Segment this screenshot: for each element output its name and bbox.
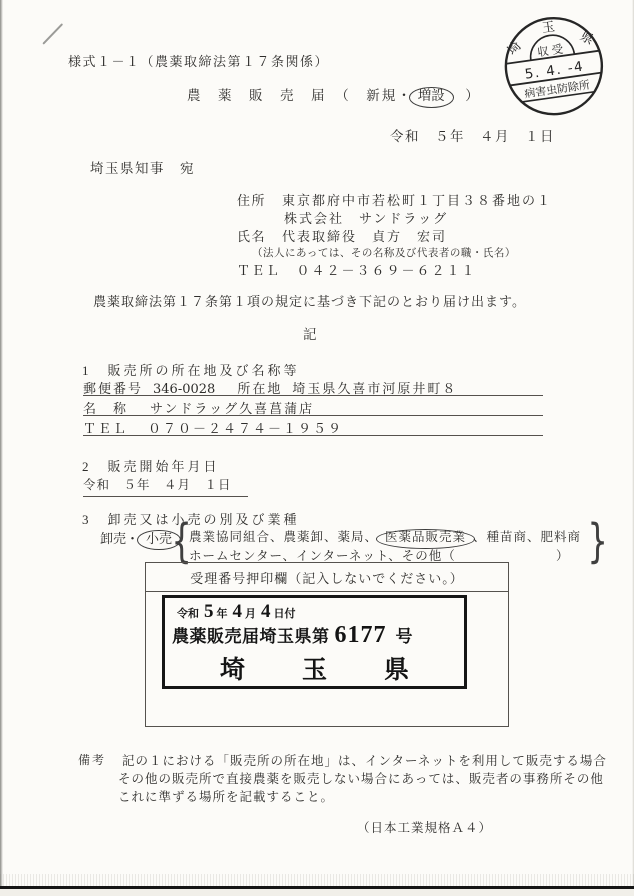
stamp-year: 5 bbox=[204, 601, 214, 623]
title-main: 農 薬 販 売 届 bbox=[187, 88, 327, 103]
pencil-check-mark bbox=[42, 23, 63, 45]
applicant-address-line: 住所東京都府中市若松町１丁目３８番地の１ bbox=[237, 190, 552, 209]
name-label: 氏名 bbox=[237, 229, 266, 244]
shop-tel-row: ＴＥＬ０７０－２４７４－１９５９ bbox=[83, 418, 543, 436]
seal-pref-char-top: 玉 bbox=[541, 19, 556, 36]
applicant-name-line: 氏名代表取締役 貞方 宏司 bbox=[237, 226, 447, 245]
section1-heading: 1 販売所の所在地及び名称等 bbox=[82, 360, 300, 379]
prefecture-receipt-seal: 埼 玉 県 収受 5. 4. -4 病害虫防除所 bbox=[491, 5, 619, 130]
postal-value: 346-0028 bbox=[153, 382, 215, 397]
stamp-day-suffix: 日付 bbox=[274, 605, 296, 621]
business-types-1b: 、種苗商、肥料商 bbox=[473, 530, 581, 544]
stamp-number-suffix: 号 bbox=[396, 622, 414, 647]
location-label: 所在地 bbox=[237, 381, 282, 396]
shop-postal-row: 郵便番号346-0028所在地埼玉県久喜市河原井町８ bbox=[83, 378, 543, 396]
stamp-month: 4 bbox=[233, 601, 243, 623]
addressee: 埼玉県知事 宛 bbox=[90, 157, 195, 177]
stamp-number-prefix: 農薬販売届埼玉県第 bbox=[172, 622, 330, 647]
address-value: 東京都府中市若松町１丁目３８番地の１ bbox=[282, 193, 552, 208]
wholesale-label: 卸売・ bbox=[100, 531, 139, 546]
stamp-era: 令和 bbox=[177, 605, 199, 621]
shop-name-label: 名 称 bbox=[83, 401, 128, 416]
brace-close: } bbox=[587, 518, 607, 564]
receipt-number-box: 受理番号押印欄（記入しないでください。） 令和 5 年 4 月 4 日付 農薬販… bbox=[145, 562, 509, 727]
corporate-note: （法人にあっては、その名称及び代表者の職・氏名） bbox=[252, 245, 516, 260]
section2-heading: 2 販売開始年月日 bbox=[82, 456, 220, 475]
stamp-date-line: 令和 5 年 4 月 4 日付 bbox=[177, 601, 296, 623]
title-paren-close: ） bbox=[452, 88, 479, 103]
shop-tel-label: ＴＥＬ bbox=[83, 421, 128, 436]
stamp-day: 4 bbox=[261, 601, 271, 623]
address-label: 住所 bbox=[237, 193, 266, 208]
tel-label: ＴＥＬ bbox=[237, 263, 281, 278]
stamp-year-suffix: 年 bbox=[217, 605, 228, 621]
notes-line2: その他の販売所で直接農薬を販売しない場合にあっては、販売者の事務所その他 bbox=[118, 769, 604, 787]
sales-start-date: 令和 ５年 ４月 １日 bbox=[83, 475, 248, 497]
tel-value: ０４２－３６９－６２１１ bbox=[297, 263, 477, 278]
form-code: 様式１－１（農薬取締法第１７条関係） bbox=[68, 51, 329, 70]
business-types-1a: 農業協同組合、農薬卸、薬局、 bbox=[189, 530, 378, 544]
issue-date: 令和 ５年 ４月 １日 bbox=[390, 125, 555, 145]
scanned-document-page: 様式１－１（農薬取締法第１７条関係） 農 薬 販 売 届 （ 新規・増設 ） 令… bbox=[0, 0, 634, 896]
location-value: 埼玉県久喜市河原井町８ bbox=[292, 381, 457, 396]
shop-name-value: サンドラッグ久喜菖蒲店 bbox=[150, 401, 314, 416]
prefecture-receipt-number-stamp: 令和 5 年 4 月 4 日付 農薬販売届埼玉県第 6177 号 埼 玉 県 bbox=[162, 595, 467, 689]
wholesale-retail-line: 卸売・小売 bbox=[100, 528, 179, 547]
stamp-month-suffix: 月 bbox=[245, 605, 256, 621]
shop-name-row: 名 称サンドラッグ久喜菖蒲店 bbox=[83, 398, 543, 416]
notes-line3: これに準ずる場所を記載すること。 bbox=[118, 787, 334, 805]
postal-label: 郵便番号 bbox=[83, 381, 143, 396]
seal-pref-char-right: 県 bbox=[578, 28, 597, 47]
scan-left-edge bbox=[0, 0, 3, 896]
receipt-box-label: 受理番号押印欄（記入しないでください。） bbox=[146, 563, 508, 592]
stamp-prefecture-name: 埼 玉 県 bbox=[165, 650, 464, 686]
applicant-company: 株式会社 サンドラッグ bbox=[284, 208, 448, 227]
shop-tel-value: ０７０－２４７４－１９５９ bbox=[148, 421, 343, 436]
business-types-line1: 農業協同組合、農薬卸、薬局、医薬品販売業、種苗商、肥料商 bbox=[189, 527, 581, 546]
scan-below-edge bbox=[0, 889, 634, 896]
stamp-number-line: 農薬販売届埼玉県第 6177 号 bbox=[172, 622, 413, 649]
title-option-circled: 増設 bbox=[409, 87, 454, 108]
ki-heading: 記 bbox=[303, 323, 319, 343]
title-paren-open: （ 新規 bbox=[327, 88, 398, 103]
name-value: 代表取締役 貞方 宏司 bbox=[282, 229, 447, 244]
applicant-tel-line: ＴＥＬ０４２－３６９－６２１１ bbox=[237, 260, 477, 279]
other-paren-close: ） bbox=[556, 546, 569, 564]
document-title: 農 薬 販 売 届 （ 新規・増設 ） bbox=[187, 84, 479, 105]
stamp-number: 6177 bbox=[335, 622, 387, 649]
notes-line1: 記の１における「販売所の所在地」は、インターネットを利用して販売する場合 bbox=[122, 751, 607, 769]
notes-label: 備考 bbox=[78, 751, 106, 768]
declaration-sentence: 農薬取締法第１７条第１項の規定に基づき下記のとおり届け出ます。 bbox=[93, 291, 526, 310]
jis-standard-note: （日本工業規格Ａ４） bbox=[357, 818, 492, 836]
